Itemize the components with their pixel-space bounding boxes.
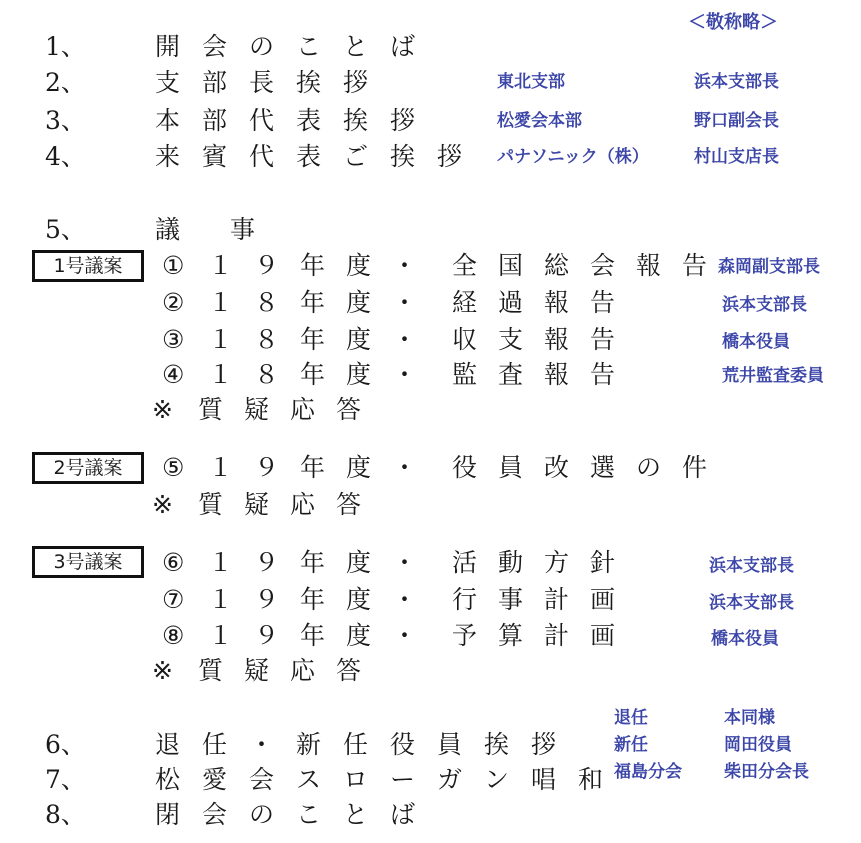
entry-year-char: ８ [254, 360, 300, 390]
item-title: 開会のことば [155, 32, 437, 62]
item-title: 松愛会スローガン唱和 [155, 765, 625, 795]
qa-char: 質 [198, 490, 244, 520]
entry-subject-char: 報 [544, 288, 590, 318]
title-char: の [249, 32, 296, 62]
entry-year-char: ９ [254, 251, 300, 281]
entry-person: 荒井監査委員 [722, 365, 824, 387]
speaker-org: 松愛会本部 [497, 110, 582, 132]
entry-subject-char: 過 [498, 288, 544, 318]
title-char: 長 [249, 68, 296, 98]
entry-mark: ③ [162, 325, 208, 355]
entry-subject-char: 支 [498, 325, 544, 355]
title-char: 挨 [343, 106, 390, 136]
entry-year-char: １ [208, 621, 254, 651]
entry-mark: ⑤ [162, 453, 208, 483]
entry-subject-char: 計 [544, 585, 590, 615]
title-char: 部 [202, 106, 249, 136]
speaker-name: 浜本支部長 [694, 71, 779, 93]
entry-mark: ⑥ [162, 548, 208, 578]
item-number: 4、 [45, 142, 86, 172]
entry-subject-char: 予 [452, 621, 498, 651]
officer-name: 本同様 [724, 707, 775, 729]
title-char: 部 [202, 68, 249, 98]
entry-year-char: 度 [346, 621, 392, 651]
entry-dot: ・ [392, 548, 452, 578]
entry-dot: ・ [392, 585, 452, 615]
entry-mark: ④ [162, 360, 208, 390]
qa-char: ※ [152, 656, 198, 686]
entry-person: 橋本役員 [711, 628, 779, 650]
entry-subject-char: 全 [452, 251, 498, 281]
entry-year-char: １ [208, 251, 254, 281]
entry-year-char: 度 [346, 251, 392, 281]
speaker-name: 村山支店長 [694, 146, 779, 168]
qa-char: ※ [152, 395, 198, 425]
honorific-note: ＜敬称略＞ [688, 12, 778, 34]
title-char: こ [296, 32, 343, 62]
entry-year-char: １ [208, 360, 254, 390]
qa-char: 質 [198, 395, 244, 425]
entry-person: 浜本支部長 [709, 555, 794, 577]
item-title: 退任・新任役員挨拶 [155, 730, 578, 760]
item-title: 閉会のことば [155, 800, 437, 830]
entry-year-char: １ [208, 548, 254, 578]
entry-year-char: ９ [254, 453, 300, 483]
qa-char: 疑 [244, 395, 290, 425]
speaker-org: パナソニック（株） [497, 146, 649, 168]
entry-year-char: ８ [254, 325, 300, 355]
qa-char: ※ [152, 490, 198, 520]
title-char: 来 [155, 142, 202, 172]
title-char: 和 [578, 765, 625, 795]
entry-year-char: 度 [346, 548, 392, 578]
entry-year-char: 年 [300, 621, 346, 651]
title-char: 拶 [390, 106, 437, 136]
entry-year-char: 度 [346, 585, 392, 615]
entry-subject-char: 行 [452, 585, 498, 615]
officer-name: 柴田分会長 [724, 761, 809, 783]
proposal-entry: ②１８年度・経過報告 [162, 288, 636, 318]
title-char: 本 [155, 106, 202, 136]
title-char: 拶 [343, 68, 390, 98]
title-char: の [249, 800, 296, 830]
entry-mark: ⑦ [162, 585, 208, 615]
entry-subject-char: 監 [452, 360, 498, 390]
item-number: 7、 [45, 765, 86, 795]
title-char: こ [296, 800, 343, 830]
entry-subject-char: 改 [544, 453, 590, 483]
title-char: 開 [155, 32, 202, 62]
title-char: 支 [155, 68, 202, 98]
entry-subject-char: 収 [452, 325, 498, 355]
title-char: 員 [437, 730, 484, 760]
qa-note: ※質疑応答 [152, 490, 382, 520]
speaker-name: 野口副会長 [694, 110, 779, 132]
proposal-label: 1号議案 [32, 250, 144, 282]
qa-char: 疑 [244, 490, 290, 520]
qa-note: ※質疑応答 [152, 656, 382, 686]
entry-subject-char: 査 [498, 360, 544, 390]
entry-subject-char: 選 [590, 453, 636, 483]
item-title: 議 事 [155, 215, 255, 245]
title-char: 表 [296, 142, 343, 172]
entry-subject-char: 件 [682, 453, 728, 483]
entry-year-char: 年 [300, 251, 346, 281]
title-char: ・ [249, 730, 296, 760]
title-char: 挨 [296, 68, 343, 98]
entry-person: 橋本役員 [722, 331, 790, 353]
entry-subject-char: 動 [498, 548, 544, 578]
qa-char: 応 [290, 395, 336, 425]
entry-year-char: 度 [346, 360, 392, 390]
title-char: 会 [249, 765, 296, 795]
proposal-entry: ⑦１９年度・行事計画 [162, 585, 636, 615]
proposal-entry: ③１８年度・収支報告 [162, 325, 636, 355]
qa-char: 答 [336, 490, 382, 520]
entry-mark: ① [162, 251, 208, 281]
title-char: 挨 [484, 730, 531, 760]
entry-year-char: ９ [254, 585, 300, 615]
entry-year-char: 度 [346, 453, 392, 483]
entry-year-char: 度 [346, 288, 392, 318]
entry-person: 浜本支部長 [709, 592, 794, 614]
title-char: と [343, 800, 390, 830]
title-char: 松 [155, 765, 202, 795]
entry-dot: ・ [392, 360, 452, 390]
entry-subject-char: 報 [544, 360, 590, 390]
entry-subject-char: 告 [590, 325, 636, 355]
entry-dot: ・ [392, 288, 452, 318]
qa-char: 疑 [244, 656, 290, 686]
item-number: 1、 [45, 32, 86, 62]
qa-char: 応 [290, 656, 336, 686]
entry-subject-char: の [636, 453, 682, 483]
entry-subject-char: 算 [498, 621, 544, 651]
proposal-label: 2号議案 [32, 452, 144, 484]
title-char: ご [343, 142, 390, 172]
title-char: 拶 [437, 142, 484, 172]
entry-subject-char: 国 [498, 251, 544, 281]
entry-year-char: 年 [300, 453, 346, 483]
entry-person: 森岡副支部長 [718, 256, 820, 278]
officer-role: 新任 [614, 734, 648, 756]
proposal-label: 3号議案 [32, 546, 144, 578]
entry-year-char: １ [208, 325, 254, 355]
title-char: 賓 [202, 142, 249, 172]
entry-subject-char: 総 [544, 251, 590, 281]
title-char: 表 [296, 106, 343, 136]
entry-year-char: １ [208, 453, 254, 483]
qa-char: 答 [336, 395, 382, 425]
entry-year-char: ９ [254, 548, 300, 578]
item-number: 3、 [45, 106, 86, 136]
entry-subject-char: 画 [590, 621, 636, 651]
entry-subject-char: 針 [590, 548, 636, 578]
entry-subject-char: 事 [498, 585, 544, 615]
entry-year-char: 年 [300, 585, 346, 615]
title-char: ば [390, 32, 437, 62]
entry-year-char: 度 [346, 325, 392, 355]
entry-person: 浜本支部長 [722, 294, 807, 316]
title-char: 任 [202, 730, 249, 760]
title-char: 会 [202, 800, 249, 830]
item-number: 5、 [45, 215, 86, 245]
qa-char: 質 [198, 656, 244, 686]
title-char: 退 [155, 730, 202, 760]
item-number: 8、 [45, 800, 86, 830]
title-char: と [343, 32, 390, 62]
qa-note: ※質疑応答 [152, 395, 382, 425]
item-title: 支部長挨拶 [155, 68, 390, 98]
entry-subject-char: 員 [498, 453, 544, 483]
entry-subject-char: 役 [452, 453, 498, 483]
entry-year-char: ９ [254, 621, 300, 651]
item-title: 本部代表挨拶 [155, 106, 437, 136]
title-char: 代 [249, 106, 296, 136]
speaker-org: 東北支部 [497, 71, 565, 93]
proposal-entry: ⑥１９年度・活動方針 [162, 548, 636, 578]
entry-dot: ・ [392, 251, 452, 281]
entry-subject-char: 方 [544, 548, 590, 578]
title-char: 役 [390, 730, 437, 760]
title-char: 挨 [390, 142, 437, 172]
proposal-entry: ⑧１９年度・予算計画 [162, 621, 636, 651]
entry-year-char: 年 [300, 360, 346, 390]
item-number: 6、 [45, 730, 86, 760]
title-char: ロ [343, 765, 390, 795]
title-char: 代 [249, 142, 296, 172]
entry-subject-char: 計 [544, 621, 590, 651]
entry-year-char: ８ [254, 288, 300, 318]
qa-char: 応 [290, 490, 336, 520]
entry-subject-char: 活 [452, 548, 498, 578]
proposal-entry: ⑤１９年度・役員改選の件 [162, 453, 728, 483]
title-char: 唱 [531, 765, 578, 795]
entry-year-char: １ [208, 585, 254, 615]
qa-char: 答 [336, 656, 382, 686]
entry-subject-char: 報 [544, 325, 590, 355]
entry-subject-char: 画 [590, 585, 636, 615]
officer-role: 退任 [614, 707, 648, 729]
entry-subject-char: 会 [590, 251, 636, 281]
entry-dot: ・ [392, 621, 452, 651]
entry-dot: ・ [392, 325, 452, 355]
title-char: 愛 [202, 765, 249, 795]
entry-mark: ⑧ [162, 621, 208, 651]
entry-year-char: 年 [300, 288, 346, 318]
title-char: ば [390, 800, 437, 830]
item-number: 2、 [45, 68, 86, 98]
title-char: 閉 [155, 800, 202, 830]
entry-subject-char: 告 [590, 360, 636, 390]
title-char: ン [484, 765, 531, 795]
entry-dot: ・ [392, 453, 452, 483]
entry-year-char: １ [208, 288, 254, 318]
proposal-entry: ④１８年度・監査報告 [162, 360, 636, 390]
entry-year-char: 年 [300, 325, 346, 355]
title-char: 任 [343, 730, 390, 760]
officer-name: 岡田役員 [724, 734, 792, 756]
entry-subject-char: 告 [590, 288, 636, 318]
title-char: ス [296, 765, 343, 795]
title-char: 拶 [531, 730, 578, 760]
item-title: 来賓代表ご挨拶 [155, 142, 484, 172]
proposal-entry: ①１９年度・全国総会報告 [162, 251, 728, 281]
entry-subject-char: 経 [452, 288, 498, 318]
entry-year-char: 年 [300, 548, 346, 578]
title-char: ー [390, 765, 437, 795]
entry-mark: ② [162, 288, 208, 318]
title-char: 会 [202, 32, 249, 62]
entry-subject-char: 報 [636, 251, 682, 281]
title-char: 新 [296, 730, 343, 760]
title-char: ガ [437, 765, 484, 795]
